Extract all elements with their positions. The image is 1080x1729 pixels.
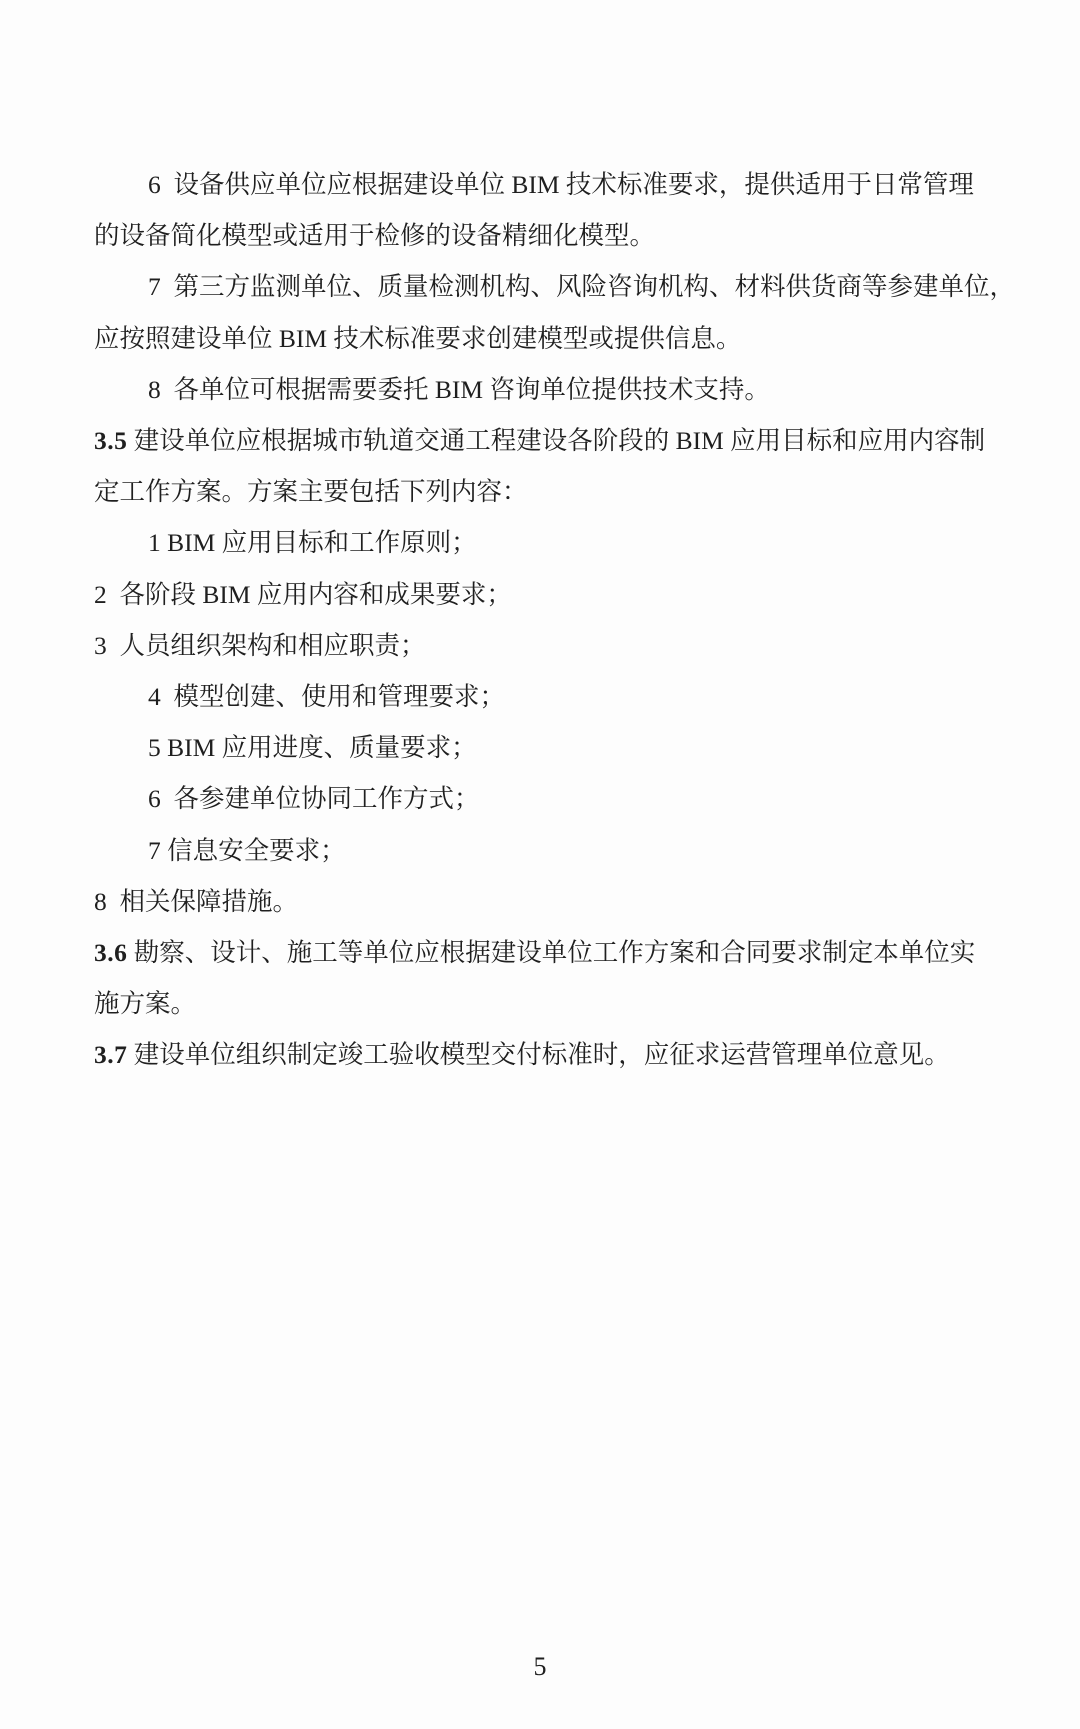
line-text: 6 各参建单位协同工作方式；	[148, 784, 480, 813]
text-line: 4 模型创建、使用和管理要求；	[94, 671, 999, 722]
line-text: 应按照建设单位 BIM 技术标准要求创建模型或提供信息。	[94, 324, 741, 353]
document-page: 6 设备供应单位应根据建设单位 BIM 技术标准要求，提供适用于日常管理的设备简…	[0, 0, 1080, 1729]
line-text: 6 设备供应单位应根据建设单位 BIM 技术标准要求，提供适用于日常管理	[148, 170, 974, 199]
line-text: 2 各阶段 BIM 应用内容和成果要求；	[94, 580, 512, 609]
clause-line: 3.5 建设单位应根据城市轨道交通工程建设各阶段的 BIM 应用目标和应用内容制	[94, 415, 999, 466]
text-line: 2 各阶段 BIM 应用内容和成果要求；	[94, 569, 999, 620]
text-line: 3 人员组织架构和相应职责；	[94, 620, 999, 671]
text-line: 6 设备供应单位应根据建设单位 BIM 技术标准要求，提供适用于日常管理	[94, 159, 999, 210]
clause-line: 3.7 建设单位组织制定竣工验收模型交付标准时，应征求运营管理单位意见。	[94, 1029, 999, 1080]
text-line: 8 相关保障措施。	[94, 876, 999, 927]
text-line: 1 BIM 应用目标和工作原则；	[94, 517, 999, 568]
line-text: 4 模型创建、使用和管理要求；	[148, 682, 505, 711]
line-text: 建设单位应根据城市轨道交通工程建设各阶段的 BIM 应用目标和应用内容制	[127, 426, 985, 455]
line-text: 定工作方案。方案主要包括下列内容：	[94, 477, 528, 506]
document-text: 6 设备供应单位应根据建设单位 BIM 技术标准要求，提供适用于日常管理的设备简…	[94, 159, 999, 1081]
text-line: 施方案。	[94, 978, 999, 1029]
clause-number: 3.6	[94, 938, 127, 967]
line-text: 施方案。	[94, 989, 196, 1018]
text-line: 7 第三方监测单位、质量检测机构、风险咨询机构、材料供货商等参建单位，	[94, 261, 999, 312]
text-line: 8 各单位可根据需要委托 BIM 咨询单位提供技术支持。	[94, 364, 999, 415]
clause-number: 3.5	[94, 426, 127, 455]
text-line: 6 各参建单位协同工作方式；	[94, 773, 999, 824]
text-line: 应按照建设单位 BIM 技术标准要求创建模型或提供信息。	[94, 313, 999, 364]
line-text: 建设单位组织制定竣工验收模型交付标准时，应征求运营管理单位意见。	[127, 1040, 949, 1069]
line-text: 7 第三方监测单位、质量检测机构、风险咨询机构、材料供货商等参建单位，	[148, 272, 999, 301]
line-text: 1 BIM 应用目标和工作原则；	[148, 528, 477, 557]
text-line: 的设备简化模型或适用于检修的设备精细化模型。	[94, 210, 999, 261]
line-text: 7 信息安全要求；	[148, 836, 346, 865]
line-text: 8 相关保障措施。	[94, 887, 298, 916]
line-text: 3 人员组织架构和相应职责；	[94, 631, 426, 660]
line-text: 勘察、设计、施工等单位应根据建设单位工作方案和合同要求制定本单位实	[127, 938, 975, 967]
line-text: 5 BIM 应用进度、质量要求；	[148, 733, 477, 762]
text-line: 定工作方案。方案主要包括下列内容：	[94, 466, 999, 517]
clause-number: 3.7	[94, 1040, 127, 1069]
text-line: 5 BIM 应用进度、质量要求；	[94, 722, 999, 773]
line-text: 的设备简化模型或适用于检修的设备精细化模型。	[94, 221, 655, 250]
page-number: 5	[0, 1647, 1080, 1687]
clause-line: 3.6 勘察、设计、施工等单位应根据建设单位工作方案和合同要求制定本单位实	[94, 927, 999, 978]
text-line: 7 信息安全要求；	[94, 825, 999, 876]
line-text: 8 各单位可根据需要委托 BIM 咨询单位提供技术支持。	[148, 375, 770, 404]
